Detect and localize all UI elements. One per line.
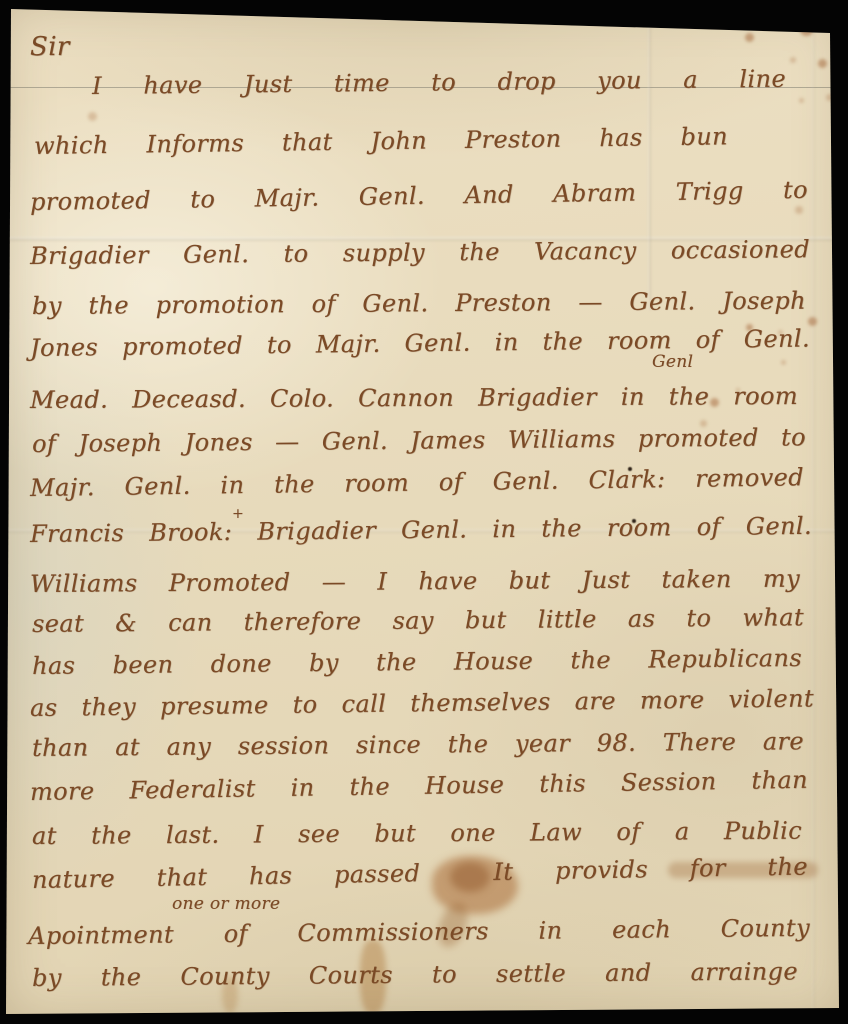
letter-line: nature that has passed It provids for th… (32, 852, 808, 894)
letter-line: Brigadier Genl. to supply the Vacancy oc… (30, 235, 810, 270)
scanned-letter: Sir I have Just time to drop you a line … (0, 0, 848, 1024)
letter-line: which Informs that John Preston has bun (34, 122, 728, 160)
stain-spot (781, 360, 786, 365)
letter-line: Williams Promoted — I have but Just take… (30, 565, 800, 598)
stain-spot (795, 206, 803, 214)
stain-spot (770, 8, 775, 13)
letter-line: by the County Courts to settle and arrai… (32, 957, 798, 992)
letter-line: Apointment of Commissioners in each Coun… (28, 914, 810, 950)
letter-line: has been done by the House the Republica… (32, 644, 802, 680)
letter-line: Mead. Deceasd. Colo. Cannon Brigadier in… (30, 382, 798, 414)
stain-spot (818, 59, 827, 68)
letter-line: seat & can therefore say but little as t… (32, 603, 804, 638)
stain-spot (790, 57, 796, 63)
letter-line: Majr. Genl. in the room of Genl. Clark: … (30, 463, 804, 502)
letter-line: than at any session since the year 98. T… (32, 727, 804, 762)
letter-line: as they presume to call themselves are m… (30, 684, 814, 722)
letter-line: I have Just time to drop you a line (92, 65, 786, 100)
letter-line: at the last. I see but one Law of a Publ… (32, 817, 802, 850)
stain-spot (800, 24, 813, 36)
stain-spot (799, 98, 804, 103)
letter-line: Francis Brook: Brigadier Genl. in the ro… (30, 512, 812, 548)
letter-page: Sir I have Just time to drop you a line … (0, 0, 848, 1024)
insertion-caret-mark: + (232, 506, 244, 522)
stain-spot (88, 112, 97, 121)
letter-line: promoted to Majr. Genl. And Abram Trigg … (30, 176, 808, 216)
letter-line: by the promotion of Genl. Preston — Genl… (32, 287, 806, 320)
stain-spot (834, 126, 839, 131)
insertion-genl: Genl (652, 352, 693, 372)
stain-spot (745, 33, 754, 42)
stain-spot (713, 12, 719, 18)
salutation: Sir (30, 32, 70, 62)
stain-spot (826, 94, 833, 101)
insertion-one-or-more: one or more (172, 894, 280, 914)
letter-line: of Joseph Jones — Genl. James Williams p… (32, 423, 806, 458)
letter-line: more Federalist in the House this Sessio… (30, 766, 808, 806)
